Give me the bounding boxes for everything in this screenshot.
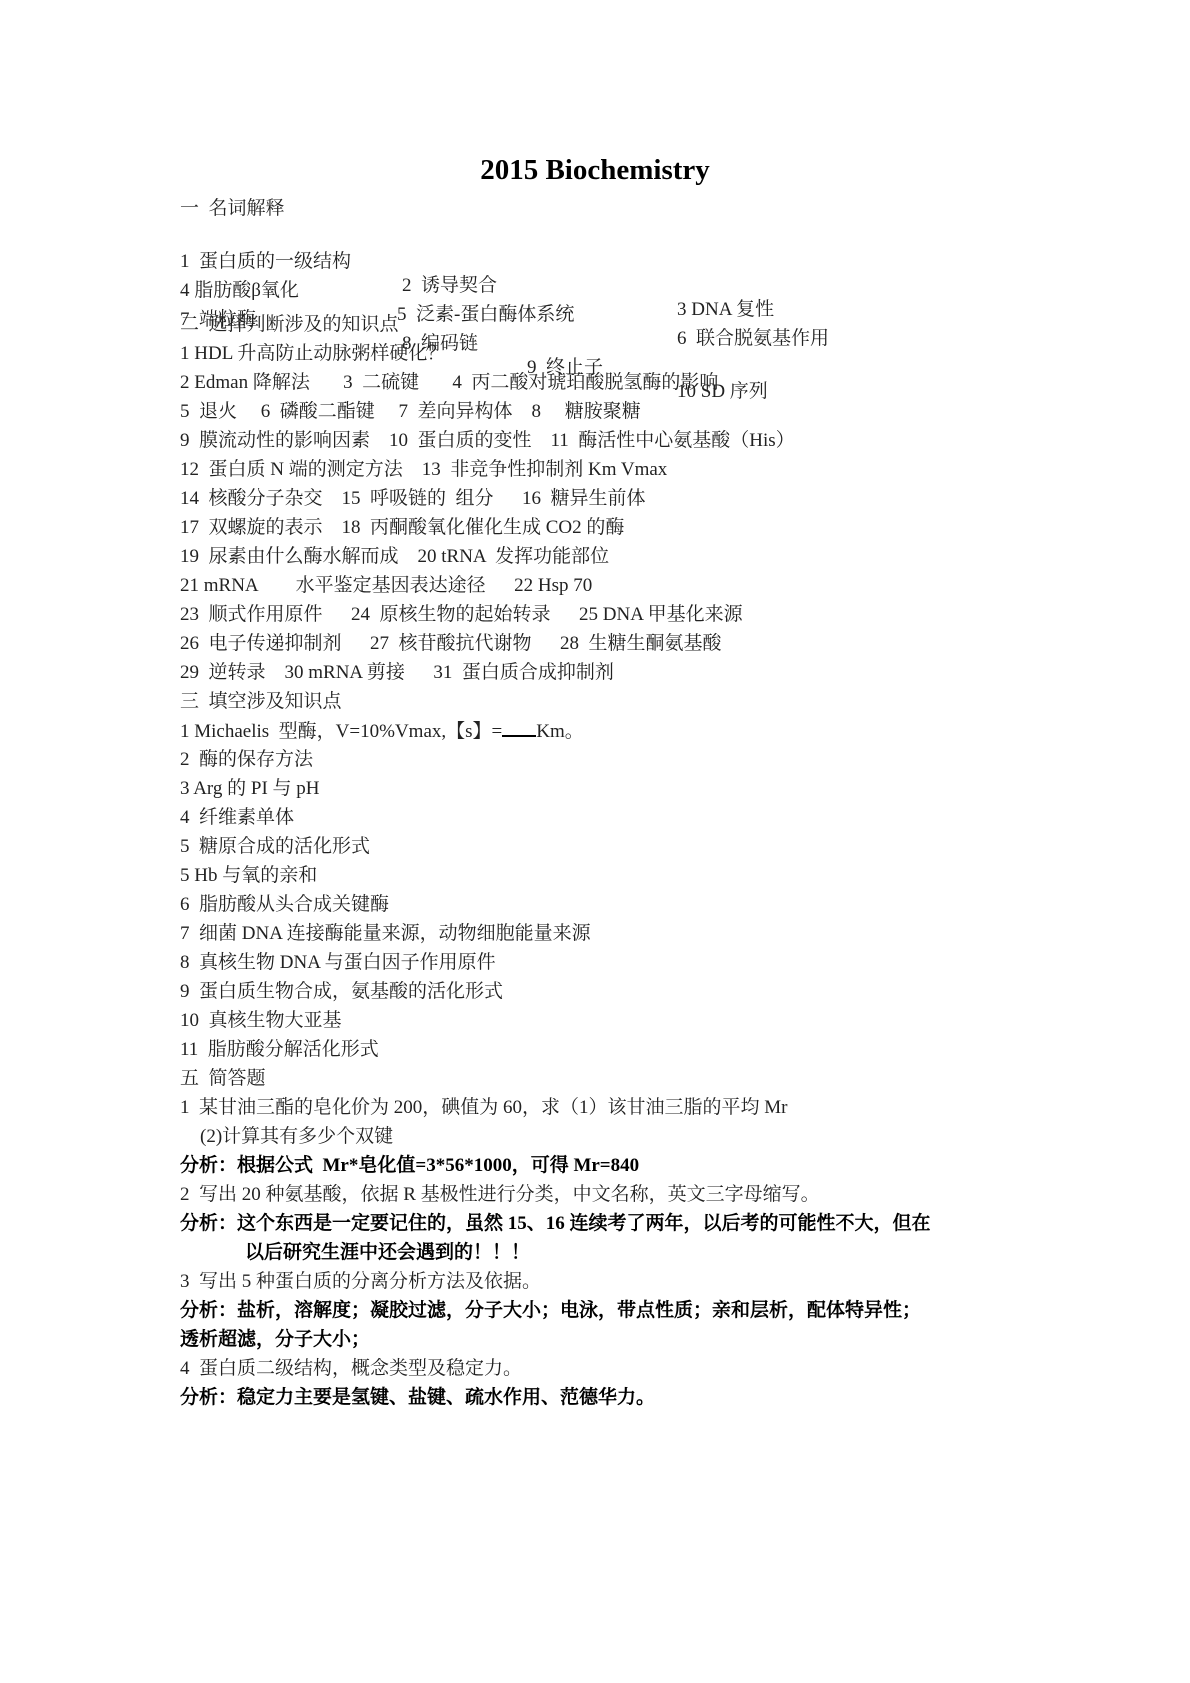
fill-blank [502,719,536,737]
section-heading-fill: 三 填空涉及知识点 [180,690,342,714]
question-text: 2 写出 20 种氨基酸，依据 R 基极性进行分类，中文名称，英文三字母缩写。 [180,1183,820,1207]
fill-line: 8 真核生物 DNA 与蛋白因子作用原件 [180,951,496,975]
fill-line: 3 Arg 的 PI 与 pH [180,777,320,801]
section-heading-choice: 二 选择判断涉及的知识点 [180,313,399,337]
fill-line: 7 细菌 DNA 连接酶能量来源，动物细胞能量来源 [180,922,591,946]
question-text: 1 某甘油三酯的皂化价为 200，碘值为 60，求（1）该甘油三脂的平均 Mr [180,1096,787,1120]
fill-line: 4 纤维素单体 [180,806,294,830]
choice-line: 19 尿素由什么酶水解而成 20 tRNA 发挥功能部位 [180,545,609,569]
fill-line: 9 蛋白质生物合成，氨基酸的活化形式 [180,980,503,1004]
section-heading-terms: 一 名词解释 [180,197,285,221]
document-page: 2015 Biochemistry 一 名词解释 1 蛋白质的一级结构 2 诱导… [0,0,1190,1683]
answer-analysis: 分析：根据公式 Mr*皂化值=3*56*1000，可得 Mr=840 [180,1154,639,1178]
fill-q1-prefix: 1 Michaelis 型酶，V=10%Vmax,【s】= [180,721,502,742]
question-text: 4 蛋白质二级结构，概念类型及稳定力。 [180,1357,522,1381]
choice-line: 12 蛋白质 N 端的测定方法 13 非竞争性抑制剂 Km Vmax [180,458,667,482]
answer-analysis-continued: 以后研究生涯中还会遇到的！！！ [245,1241,530,1265]
fill-q1-suffix: Km。 [536,721,584,742]
question-text-continued: (2)计算其有多少个双键 [200,1125,393,1149]
terms-row: 7 端粒酶 8 编码链 9 终止子 10 SD 序列 [0,284,1190,308]
fill-line: 5 糖原合成的活化形式 [180,835,370,859]
choice-line: 2 Edman 降解法 3 二硫键 4 丙二酸对琥珀酸脱氢酶的影响 [180,371,718,395]
answer-analysis: 分析：盐析，溶解度；凝胶过滤，分子大小；电泳，带点性质；亲和层析，配体特异性； [180,1299,921,1323]
choice-line: 17 双螺旋的表示 18 丙酮酸氧化催化生成 CO2 的酶 [180,516,624,540]
fill-line: 10 真核生物大亚基 [180,1009,342,1033]
fill-line: 5 Hb 与氧的亲和 [180,864,317,888]
choice-line: 1 HDL 升高防止动脉粥样硬化？ [180,342,446,366]
fill-line: 2 酶的保存方法 [180,748,313,772]
choice-line: 9 膜流动性的影响因素 10 蛋白质的变性 11 酶活性中心氨基酸（His） [180,429,795,453]
choice-line: 21 mRNA 水平鉴定基因表达途径 22 Hsp 70 [180,574,592,598]
fill-line: 11 脂肪酸分解活化形式 [180,1038,379,1062]
choice-line: 23 顺式作用原件 24 原核生物的起始转录 25 DNA 甲基化来源 [180,603,743,627]
answer-analysis: 分析：稳定力主要是氢键、盐键、疏水作用、范德华力。 [180,1386,655,1410]
fill-line: 6 脂肪酸从头合成关键酶 [180,893,389,917]
document-title: 2015 Biochemistry [0,154,1190,187]
terms-row: 4 脂肪酸β氧化 5 泛素-蛋白酶体系统 6 联合脱氨基作用 [0,255,1190,279]
question-text: 3 写出 5 种蛋白质的分离分析方法及依据。 [180,1270,541,1294]
choice-line: 14 核酸分子杂交 15 呼吸链的 组分 16 糖异生前体 [180,487,646,511]
answer-analysis: 分析：这个东西是一定要记住的，虽然 15、16 连续考了两年，以后考的可能性不大… [180,1212,931,1236]
answer-analysis-continued: 透析超滤，分子大小； [180,1328,370,1352]
choice-line: 26 电子传递抑制剂 27 核苷酸抗代谢物 28 生糖生酮氨基酸 [180,632,722,656]
terms-row: 1 蛋白质的一级结构 2 诱导契合 3 DNA 复性 [0,226,1190,250]
choice-line: 5 退火 6 磷酸二酯键 7 差向异构体 8 糖胺聚糖 [180,400,641,424]
section-heading-short-answer: 五 简答题 [180,1067,266,1091]
choice-line: 29 逆转录 30 mRNA 剪接 31 蛋白质合成抑制剂 [180,661,614,685]
term-item: 6 联合脱氨基作用 [677,327,829,351]
fill-line-q1: 1 Michaelis 型酶，V=10%Vmax,【s】=Km。 [180,719,584,744]
